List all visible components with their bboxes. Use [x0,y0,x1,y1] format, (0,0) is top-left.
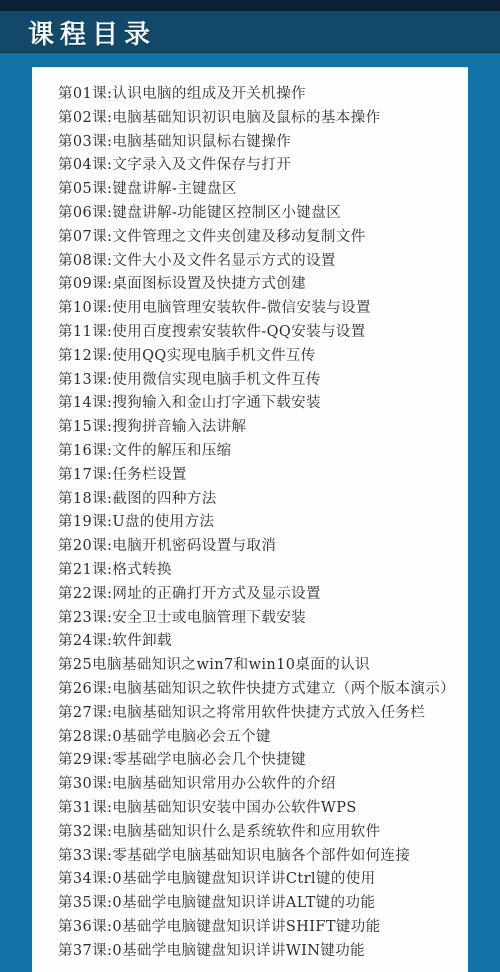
list-item: 第27课:电脑基础知识之将常用软件快捷方式放入任务栏 [58,702,460,726]
list-item: 第09课:桌面图标设置及快捷方式创建 [58,273,460,297]
list-item: 第01课:认识电脑的组成及开关机操作 [58,83,460,107]
list-item: 第22课:网址的正确打开方式及显示设置 [58,583,460,607]
list-item: 第12课:使用QQ实现电脑手机文件互传 [58,345,460,369]
list-item: 第23课:安全卫士或电脑管理下载安装 [58,607,460,631]
list-item: 第17课:任务栏设置 [58,464,460,488]
list-item: 第16课:文件的解压和压缩 [58,440,460,464]
list-item: 第19课:U盘的使用方法 [58,511,460,535]
list-item: 第32课:电脑基础知识什么是系统软件和应用软件 [58,821,460,845]
list-item: 第18课:截图的四种方法 [58,488,460,512]
list-item: 第14课:搜狗输入和金山打字通下载安装 [58,392,460,416]
list-item: 第06课:键盘讲解-功能键区控制区小键盘区 [58,202,460,226]
list-item: 第28课:0基础学电脑必会五个键 [58,726,460,750]
list-item: 第24课:软件卸载 [58,630,460,654]
list-item: 第04课:文字录入及文件保存与打开 [58,154,460,178]
list-item: 第07课:文件管理之文件夹创建及移动复制文件 [58,226,460,250]
list-item: 第37课:0基础学电脑键盘知识详讲WIN键功能 [58,940,460,964]
list-item: 第26课:电脑基础知识之软件快捷方式建立（两个版本演示） [58,678,460,702]
list-item: 第03课:电脑基础知识鼠标右键操作 [58,131,460,155]
list-item: 第31课:电脑基础知识安装中国办公软件WPS [58,797,460,821]
course-card: 第01课:认识电脑的组成及开关机操作第02课:电脑基础知识初识电脑及鼠标的基本操… [32,67,468,972]
top-strip [0,0,500,11]
list-item: 第21课:格式转换 [58,559,460,583]
page-title: 课程目录 [28,14,156,51]
header: 课程目录 [0,11,500,53]
list-item: 第05课:键盘讲解-主键盘区 [58,178,460,202]
course-list: 第01课:认识电脑的组成及开关机操作第02课:电脑基础知识初识电脑及鼠标的基本操… [58,83,460,963]
list-item: 第10课:使用电脑管理安装软件-微信安装与设置 [58,297,460,321]
list-item: 第02课:电脑基础知识初识电脑及鼠标的基本操作 [58,107,460,131]
list-item: 第08课:文件大小及文件名显示方式的设置 [58,250,460,274]
list-item: 第34课:0基础学电脑键盘知识详讲Ctrl键的使用 [58,868,460,892]
list-item: 第25电脑基础知识之win7和win10桌面的认识 [58,654,460,678]
list-item: 第36课:0基础学电脑键盘知识详讲SHIFT键功能 [58,916,460,940]
list-item: 第13课:使用微信实现电脑手机文件互传 [58,369,460,393]
list-item: 第11课:使用百度搜索安装软件-QQ安装与设置 [58,321,460,345]
list-item: 第35课:0基础学电脑键盘知识详讲ALT键的功能 [58,892,460,916]
list-item: 第15课:搜狗拼音输入法讲解 [58,416,460,440]
list-item: 第33课:零基础学电脑基础知识电脑各个部件如何连接 [58,845,460,869]
list-item: 第30课:电脑基础知识常用办公软件的介绍 [58,773,460,797]
list-item: 第29课:零基础学电脑必会几个快捷键 [58,749,460,773]
list-item: 第20课:电脑开机密码设置与取消 [58,535,460,559]
